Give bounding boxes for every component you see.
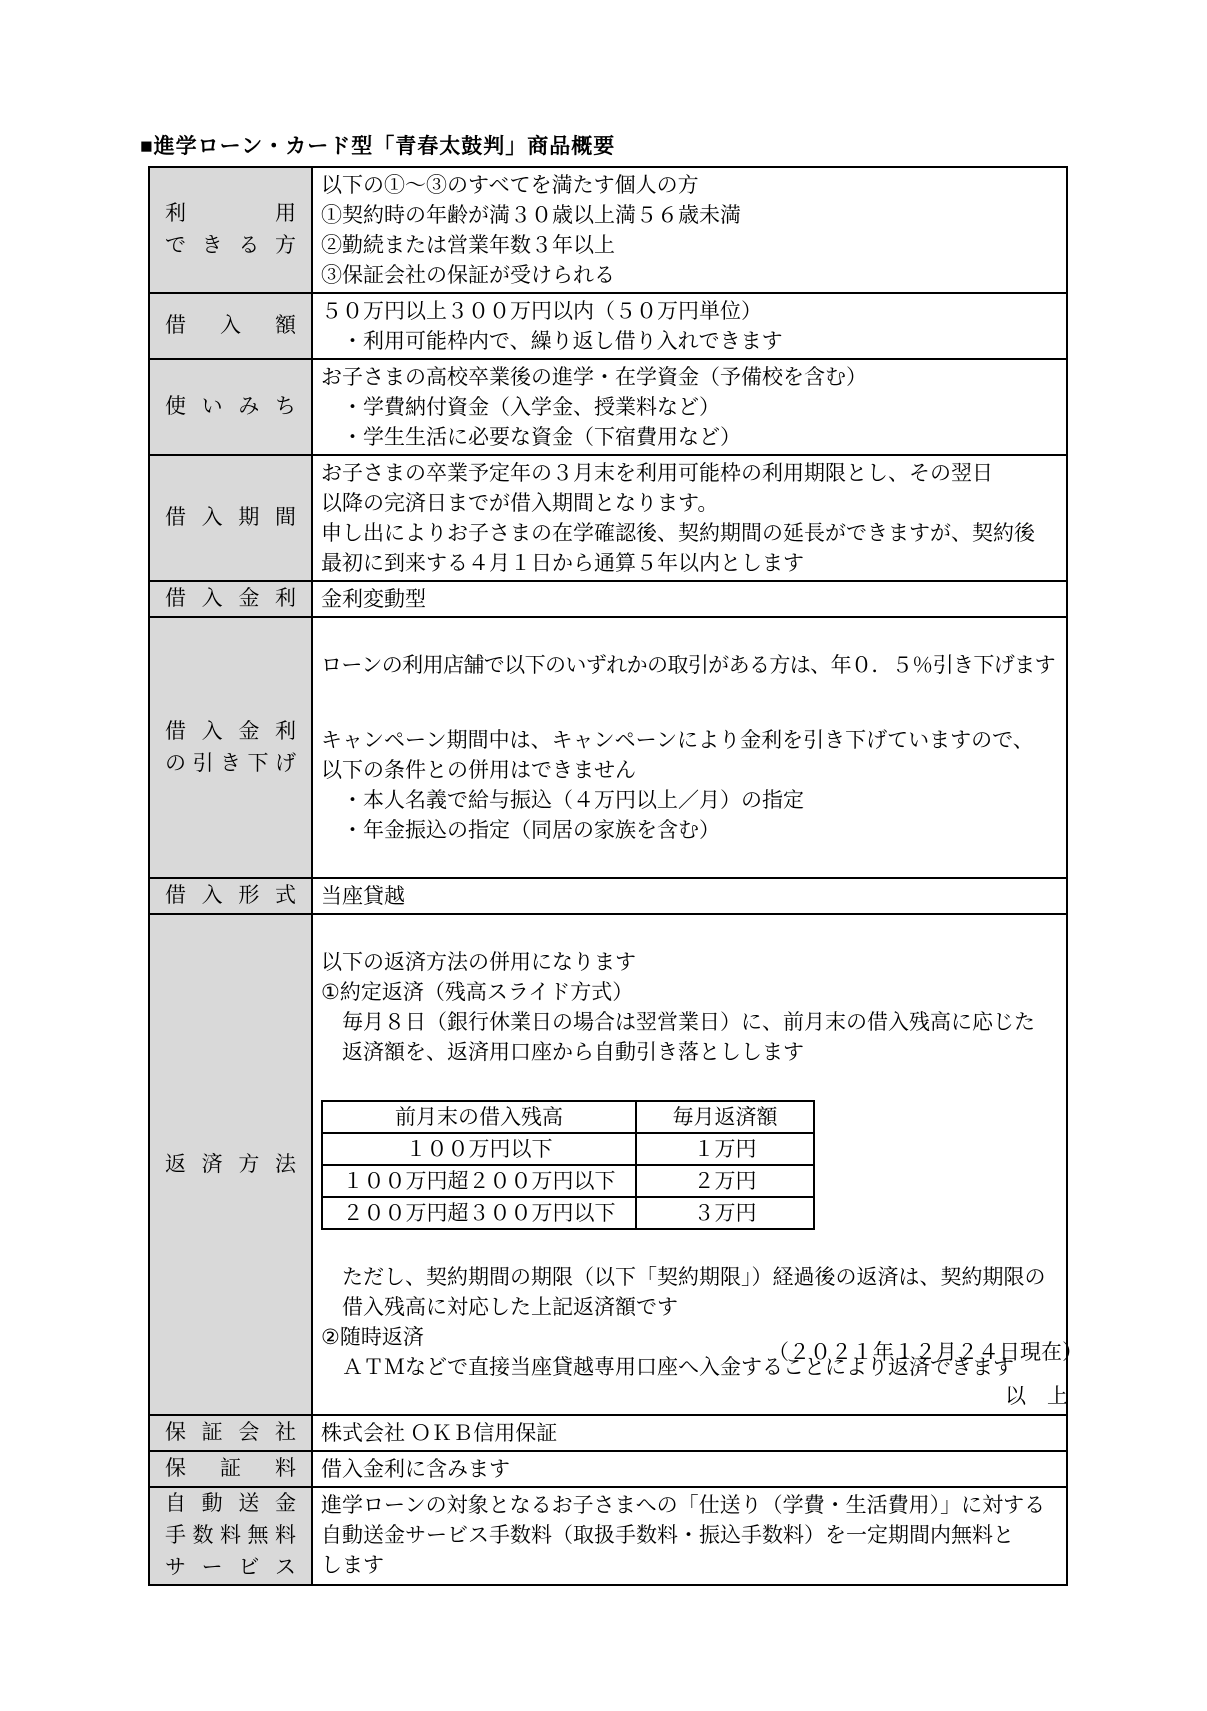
row-loan-type: 借入形式 当座貸越 [150,877,1066,913]
repayment-schedule-table: 前月末の借入残高 毎月返済額 １００万円以下 １万円 １００万円超２００万円以下… [321,1100,815,1230]
row-content-usage: お子さまの高校卒業後の進学・在学資金（予備校を含む） ・学費納付資金（入学金、授… [313,360,1066,454]
row-label-interest-rate: 借入金利 [150,582,313,616]
row-content-loan-amount: ５０万円以上３００万円以内（５０万円単位） ・利用可能枠内で、繰り返し借り入れで… [313,294,1066,358]
row-content-loan-type: 当座貸越 [313,879,1066,913]
row-label-eligibility: 利用 できる方 [150,168,313,292]
row-content-guarantee-fee: 借入金利に含みます [313,1452,1066,1486]
row-guarantor: 保証会社 株式会社 ＯＫＢ信用保証 [150,1414,1066,1450]
row-rate-reduction: 借入金利 の引き下げ ローンの利用店舗で以下のいずれかの取引がある方は、年０．５… [150,616,1066,877]
row-label-rate-reduction: 借入金利 の引き下げ [150,618,313,877]
product-summary-table: 利用 できる方 以下の①～③のすべてを満たす個人の方 ①契約時の年齢が満３０歳以… [148,166,1068,1586]
schedule-header-row: 前月末の借入残高 毎月返済額 [322,1101,814,1133]
schedule-row: ２００万円超３００万円以下 ３万円 [322,1197,814,1229]
row-label-text: 借入期間 [150,502,311,534]
schedule-balance: １００万円超２００万円以下 [322,1165,636,1197]
rate-reduction-line1: ローンの利用店舗で以下のいずれかの取引がある方は、年０．５％引き下げます [321,650,1060,680]
schedule-row: １００万円超２００万円以下 ２万円 [322,1165,814,1197]
schedule-row: １００万円以下 １万円 [322,1133,814,1165]
schedule-header-balance: 前月末の借入残高 [322,1101,636,1133]
row-label-guarantee-fee: 保証料 [150,1452,313,1486]
row-guarantee-fee: 保証料 借入金利に含みます [150,1450,1066,1486]
row-label-text: 保証会社 [150,1417,311,1449]
row-label-text: 使いみち [150,391,311,423]
row-label-text: 保証料 [150,1453,311,1485]
row-auto-transfer: 自動送金 手数料無料 サービス 進学ローンの対象となるお子さまへの「仕送り（学費… [150,1486,1066,1584]
schedule-header-amount: 毎月返済額 [636,1101,814,1133]
row-label-text: 借入額 [150,310,311,342]
row-content-guarantor: 株式会社 ＯＫＢ信用保証 [313,1416,1066,1450]
repayment-intro: 以下の返済方法の併用になります ①約定返済（残高スライド方式） 毎月８日（銀行休… [321,947,1060,1067]
row-label-text: 自動送金 手数料無料 サービス [150,1488,311,1584]
row-label-loan-amount: 借入額 [150,294,313,358]
page-title: ■進学ローン・カード型「青春太鼓判」商品概要 [140,130,615,160]
row-label-text: 利用 できる方 [150,198,311,262]
row-label-text: 借入金利 [150,583,311,615]
row-label-text: 借入形式 [150,880,311,912]
row-loan-period: 借入期間 お子さまの卒業予定年の３月末を利用可能枠の利用期限とし、その翌日 以降… [150,454,1066,580]
row-label-text: 返済方法 [150,1149,311,1181]
row-content-loan-period: お子さまの卒業予定年の３月末を利用可能枠の利用期限とし、その翌日 以降の完済日ま… [313,456,1066,580]
row-label-guarantor: 保証会社 [150,1416,313,1450]
rate-reduction-conditions: キャンペーン期間中は、キャンペーンにより金利を引き下げていますので、 以下の条件… [321,725,1060,845]
row-content-interest-rate: 金利変動型 [313,582,1066,616]
schedule-amount: ２万円 [636,1165,814,1197]
closing-text: 以 上 [148,1380,1068,1410]
row-label-loan-type: 借入形式 [150,879,313,913]
row-content-rate-reduction: ローンの利用店舗で以下のいずれかの取引がある方は、年０．５％引き下げます キャン… [313,618,1066,877]
row-label-auto-transfer: 自動送金 手数料無料 サービス [150,1488,313,1584]
row-label-loan-period: 借入期間 [150,456,313,580]
schedule-amount: ３万円 [636,1197,814,1229]
schedule-balance: １００万円以下 [322,1133,636,1165]
document-page: ■進学ローン・カード型「青春太鼓判」商品概要 利用 できる方 以下の①～③のすべ… [0,0,1207,1711]
row-content-auto-transfer: 進学ローンの対象となるお子さまへの「仕送り（学費・生活費用）」に対する 自動送金… [313,1488,1066,1584]
schedule-balance: ２００万円超３００万円以下 [322,1197,636,1229]
row-label-text: 借入金利 の引き下げ [150,716,311,780]
row-interest-rate: 借入金利 金利変動型 [150,580,1066,616]
row-content-eligibility: 以下の①～③のすべてを満たす個人の方 ①契約時の年齢が満３０歳以上満５６歳未満 … [313,168,1066,292]
schedule-amount: １万円 [636,1133,814,1165]
as-of-date: （２０２１年１２月２４日現在） [148,1336,1083,1366]
row-usage: 使いみち お子さまの高校卒業後の進学・在学資金（予備校を含む） ・学費納付資金（… [150,358,1066,454]
row-loan-amount: 借入額 ５０万円以上３００万円以内（５０万円単位） ・利用可能枠内で、繰り返し借… [150,292,1066,358]
row-eligibility: 利用 できる方 以下の①～③のすべてを満たす個人の方 ①契約時の年齢が満３０歳以… [150,168,1066,292]
row-label-usage: 使いみち [150,360,313,454]
